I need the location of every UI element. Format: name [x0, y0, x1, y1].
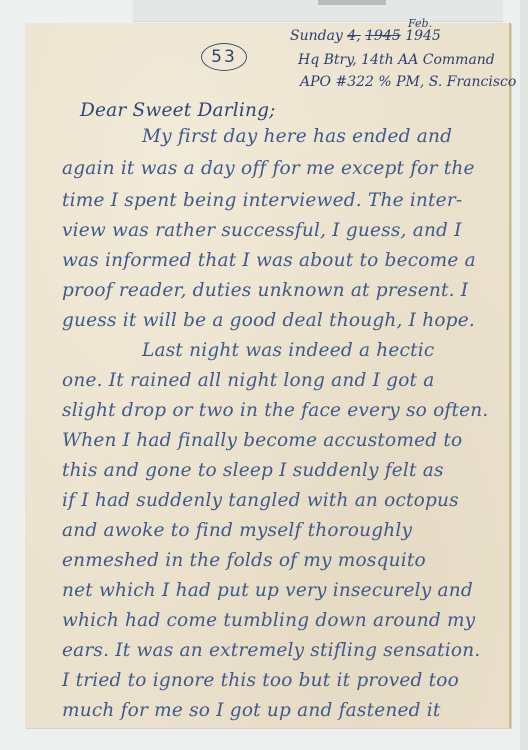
body-line: proof reader, duties unknown at present.… [62, 280, 468, 301]
body-line: and awoke to find myself thoroughly [62, 520, 412, 541]
year-struck: 1945 [365, 28, 401, 44]
page-number-circled: 53 [201, 43, 247, 71]
body-line: guess it will be a good deal though, I h… [62, 310, 475, 331]
body-line: this and gone to sleep I suddenly felt a… [62, 460, 444, 481]
body-line: was informed that I was about to become … [62, 250, 476, 271]
body-line: again it was a day off for me except for… [62, 158, 475, 179]
salutation: Dear Sweet Darling; [80, 100, 276, 121]
body-line: slight drop or two in the face every so … [62, 400, 488, 421]
body-line: one. It rained all night long and I got … [62, 370, 434, 391]
body-line: ears. It was an extremely stifling sensa… [62, 640, 480, 661]
mount-edge [520, 0, 528, 750]
date-year: 1945 [405, 28, 441, 44]
month-insert: Feb. [408, 17, 432, 30]
tape-strip [318, 0, 386, 5]
date-line: Sunday 4, 1945 1945 [290, 28, 441, 44]
body-line: view was rather successful, I guess, and… [62, 220, 462, 241]
body-line: if I had suddenly tangled with an octopu… [62, 490, 459, 511]
date-day: Sunday [290, 28, 343, 44]
address-line-2: APO #322 % PM, S. Francisco [300, 74, 516, 90]
body-line: much for me so I got up and fastened it [62, 700, 441, 721]
body-line: My first day here has ended and [142, 126, 452, 147]
body-line: net which I had put up very insecurely a… [62, 580, 473, 601]
body-line: When I had finally become accustomed to [62, 430, 462, 451]
body-line: enmeshed in the folds of my mosquito [62, 550, 426, 571]
body-line: I tried to ignore this too but it proved… [62, 670, 459, 691]
body-line: Last night was indeed a hectic [142, 340, 434, 361]
body-line: time I spent being interviewed. The inte… [62, 190, 462, 211]
body-line: which had come tumbling down around my [62, 610, 475, 631]
address-line-1: Hq Btry, 14th AA Command [298, 52, 495, 68]
date-number-struck: 4, [347, 28, 360, 44]
